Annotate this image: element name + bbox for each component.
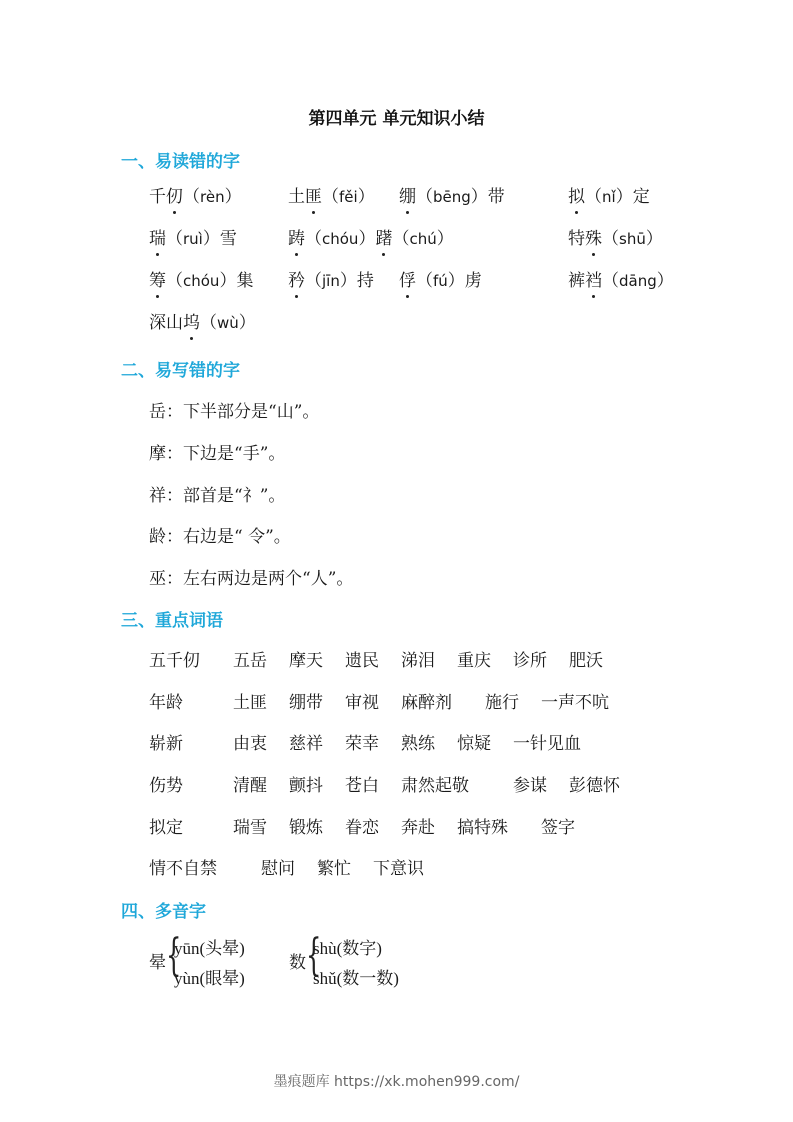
polyphonic-reading: shù(数字)	[313, 934, 382, 959]
key-word: 年龄	[149, 688, 183, 713]
polyphonic-char: 晕	[149, 948, 166, 973]
page-title: 第四单元 单元知识小结	[0, 104, 793, 129]
misread-item: 踌（chóu）躇（chú）	[288, 227, 454, 251]
key-word: 惊疑	[457, 729, 491, 754]
key-word: 眷恋	[345, 813, 379, 838]
polyphonic-char: 数	[289, 948, 306, 973]
key-word: 施行	[485, 688, 519, 713]
misread-item: 土匪（fěi）	[288, 185, 375, 209]
key-word: 彭德怀	[569, 771, 620, 796]
key-word: 情不自禁	[149, 854, 217, 879]
key-word: 摩天	[289, 646, 323, 671]
miswrite-line: 巫：左右两边是两个“人”。	[149, 564, 353, 589]
key-word: 苍白	[345, 771, 379, 796]
key-word: 伤势	[149, 771, 183, 796]
miswrite-line: 摩：下边是“手”。	[149, 439, 285, 464]
key-word: 麻醉剂	[401, 688, 452, 713]
misread-item: 绷（bēng）带	[399, 185, 505, 209]
misread-item: 矜（jīn）持	[288, 269, 374, 293]
key-word: 绷带	[289, 688, 323, 713]
key-word: 繁忙	[317, 854, 351, 879]
misread-item: 千仞（rèn）	[149, 185, 242, 209]
key-word: 签字	[541, 813, 575, 838]
key-word: 崭新	[149, 729, 183, 754]
section-heading-miswrite: 二、易写错的字	[121, 356, 240, 381]
key-word: 熟练	[401, 729, 435, 754]
key-word: 五岳	[233, 646, 267, 671]
miswrite-line: 岳：下半部分是“山”。	[149, 397, 319, 422]
key-word: 慰问	[261, 854, 295, 879]
footer-watermark: 墨痕题库 https://xk.mohen999.com/	[0, 1071, 793, 1091]
key-word: 涕泪	[401, 646, 435, 671]
polyphonic-reading: shǔ(数一数)	[313, 964, 399, 989]
key-word: 清醒	[233, 771, 267, 796]
key-word: 审视	[345, 688, 379, 713]
miswrite-line: 龄：右边是“ 令”。	[149, 522, 291, 547]
misread-item: 拟（nǐ）定	[568, 185, 650, 209]
section-heading-misread: 一、易读错的字	[121, 147, 240, 172]
key-word: 土匪	[233, 688, 267, 713]
section-heading-key-words: 三、重点词语	[121, 606, 223, 631]
misread-item: 瑞（ruì）雪	[149, 227, 237, 251]
polyphonic-reading: yūn(头晕)	[174, 934, 245, 959]
key-word: 参谋	[513, 771, 547, 796]
key-word: 搞特殊	[457, 813, 508, 838]
key-word: 肥沃	[569, 646, 603, 671]
key-word: 慈祥	[289, 729, 323, 754]
misread-item: 裤裆（dāng）	[568, 269, 674, 293]
key-word: 五千仞	[149, 646, 200, 671]
key-word: 锻炼	[289, 813, 323, 838]
key-word: 奔赴	[401, 813, 435, 838]
miswrite-line: 祥：部首是“礻”。	[149, 481, 285, 506]
key-word: 荣幸	[345, 729, 379, 754]
misread-item: 深山坞（wù）	[149, 311, 256, 335]
key-word: 瑞雪	[233, 813, 267, 838]
key-word: 遗民	[345, 646, 379, 671]
key-word: 下意识	[373, 854, 424, 879]
key-word: 肃然起敬	[401, 771, 469, 796]
key-word: 一针见血	[513, 729, 581, 754]
key-word: 拟定	[149, 813, 183, 838]
key-word: 重庆	[457, 646, 491, 671]
polyphonic-reading: yùn(眼晕)	[174, 964, 245, 989]
misread-item: 俘（fú）虏	[399, 269, 482, 293]
misread-item: 筹（chóu）集	[149, 269, 253, 293]
section-heading-polyphonic: 四、多音字	[121, 897, 206, 922]
key-word: 颤抖	[289, 771, 323, 796]
key-word: 由衷	[233, 729, 267, 754]
misread-item: 特殊（shū）	[568, 227, 663, 251]
key-word: 一声不吭	[541, 688, 609, 713]
key-word: 诊所	[513, 646, 547, 671]
